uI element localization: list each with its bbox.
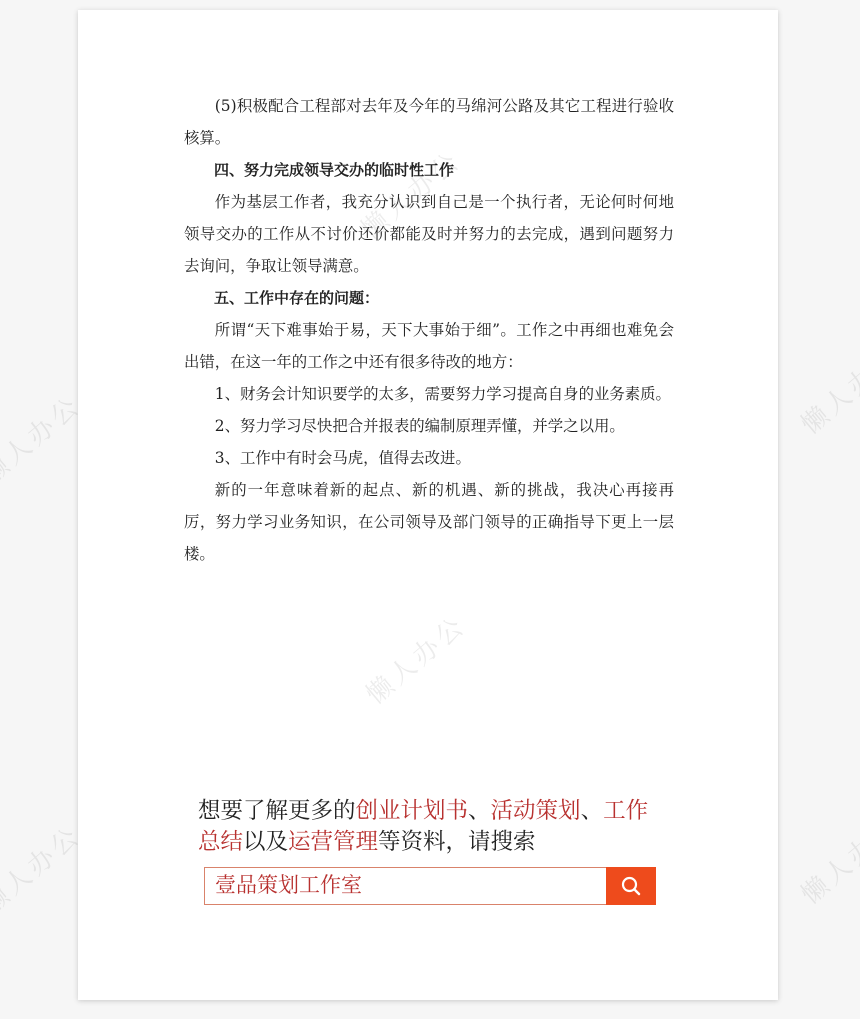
search-box: 壹品策划工作室 — [204, 867, 655, 905]
section-heading: 五、工作中存在的问题： — [184, 282, 674, 314]
promo-keyword: 创业计划书 — [356, 798, 469, 824]
document-body: (5)积极配合工程部对去年及今年的马绵河公路及其它工程进行验收核算。 四、努力完… — [184, 90, 674, 570]
watermark: 懒人办公 — [0, 816, 88, 921]
search-input[interactable]: 壹品策划工作室 — [205, 868, 606, 904]
promo-text: 想要了解更多的创业计划书、活动策划、工作总结以及运营管理等资料，请搜索 — [198, 796, 668, 858]
promo-keyword: 运营管理 — [288, 829, 378, 855]
list-item: 3、工作中有时会马虎，值得去改进。 — [184, 442, 674, 474]
promo-keyword: 活动策划 — [491, 798, 581, 824]
paragraph: 所谓“天下难事始于易，天下大事始于细”。工作之中再细也难免会出错，在这一年的工作… — [184, 314, 674, 378]
section-heading: 四、努力完成领导交办的临时性工作 — [184, 154, 674, 186]
paragraph: (5)积极配合工程部对去年及今年的马绵河公路及其它工程进行验收核算。 — [184, 90, 674, 154]
watermark: 懒人办公 — [792, 336, 860, 441]
list-item: 1、财务会计知识要学的太多，需要努力学习提高自身的业务素质。 — [184, 378, 674, 410]
paragraph: 新的一年意味着新的起点、新的机遇、新的挑战，我决心再接再厉，努力学习业务知识，在… — [184, 474, 674, 570]
promo-segment: 想要了解更多的 — [198, 798, 356, 824]
promo-segment: 、 — [468, 798, 491, 824]
search-icon — [620, 875, 642, 897]
list-item: 2、努力学习尽快把合并报表的编制原理弄懂，并学之以用。 — [184, 410, 674, 442]
watermark: 懒人办公 — [0, 386, 88, 491]
promo-segment: 、 — [581, 798, 604, 824]
search-button[interactable] — [606, 867, 656, 905]
promo-segment: 等资料，请搜索 — [378, 829, 536, 855]
promo-segment: 以及 — [243, 829, 288, 855]
watermark: 懒人办公 — [792, 806, 860, 911]
paragraph: 作为基层工作者，我充分认识到自己是一个执行者，无论何时何地领导交办的工作从不讨价… — [184, 186, 674, 282]
